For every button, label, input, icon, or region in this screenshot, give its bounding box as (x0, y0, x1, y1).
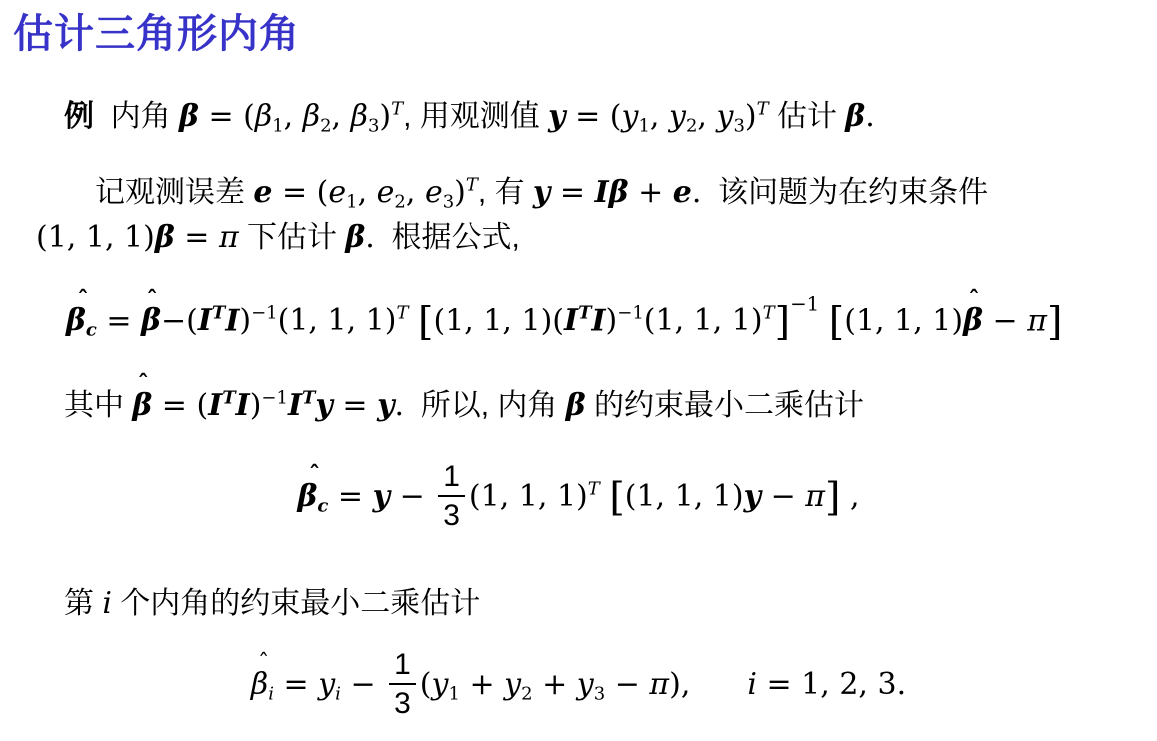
hat-accent: ˆ (138, 373, 149, 396)
hat-accent: ˆ (77, 289, 88, 312)
per-angle-estimator-formula: ˆβi = yi − 13(y1 + y2 + y3 − π),i = 1, 2… (0, 650, 1157, 719)
slide: 估计三角形内角 例 内角 β = (β1, β2, β3)T, 用观测值 y =… (0, 0, 1157, 741)
model-description-line-1: 记观测误差 e = (e1, e2, e3)T, 有 y = Iβ + e. 该… (95, 172, 988, 215)
hat-accent: ˆ (258, 652, 269, 675)
hat-accent: ˆ (309, 464, 320, 487)
hat-accent: ˆ (968, 289, 979, 312)
per-angle-intro-line: 第 i 个内角的约束最小二乘估计 (64, 583, 480, 625)
fraction: 13 (389, 650, 416, 719)
example-intro-line: 例 内角 β = (β1, β2, β3)T, 用观测值 y = (y1, y2… (64, 96, 875, 139)
model-description-line-2: (1, 1, 1)β = π 下估计 β. 根据公式, (36, 217, 520, 259)
hat-accent: ˆ (146, 289, 157, 312)
fraction: 13 (438, 462, 465, 531)
constrained-estimator-formula: ˆβc = ˆβ−(ITI)−1(1, 1, 1)T [(1, 1, 1)(IT… (66, 294, 1062, 343)
where-clause-line: 其中 ˆβ = (ITI)−1ITy = y. 所以, 内角 β 的约束最小二乘… (64, 385, 864, 427)
page-title: 估计三角形内角 (13, 2, 300, 59)
simplified-estimator-formula: ˆβc = y − 13(1, 1, 1)T [(1, 1, 1)y − π] … (0, 462, 1157, 531)
